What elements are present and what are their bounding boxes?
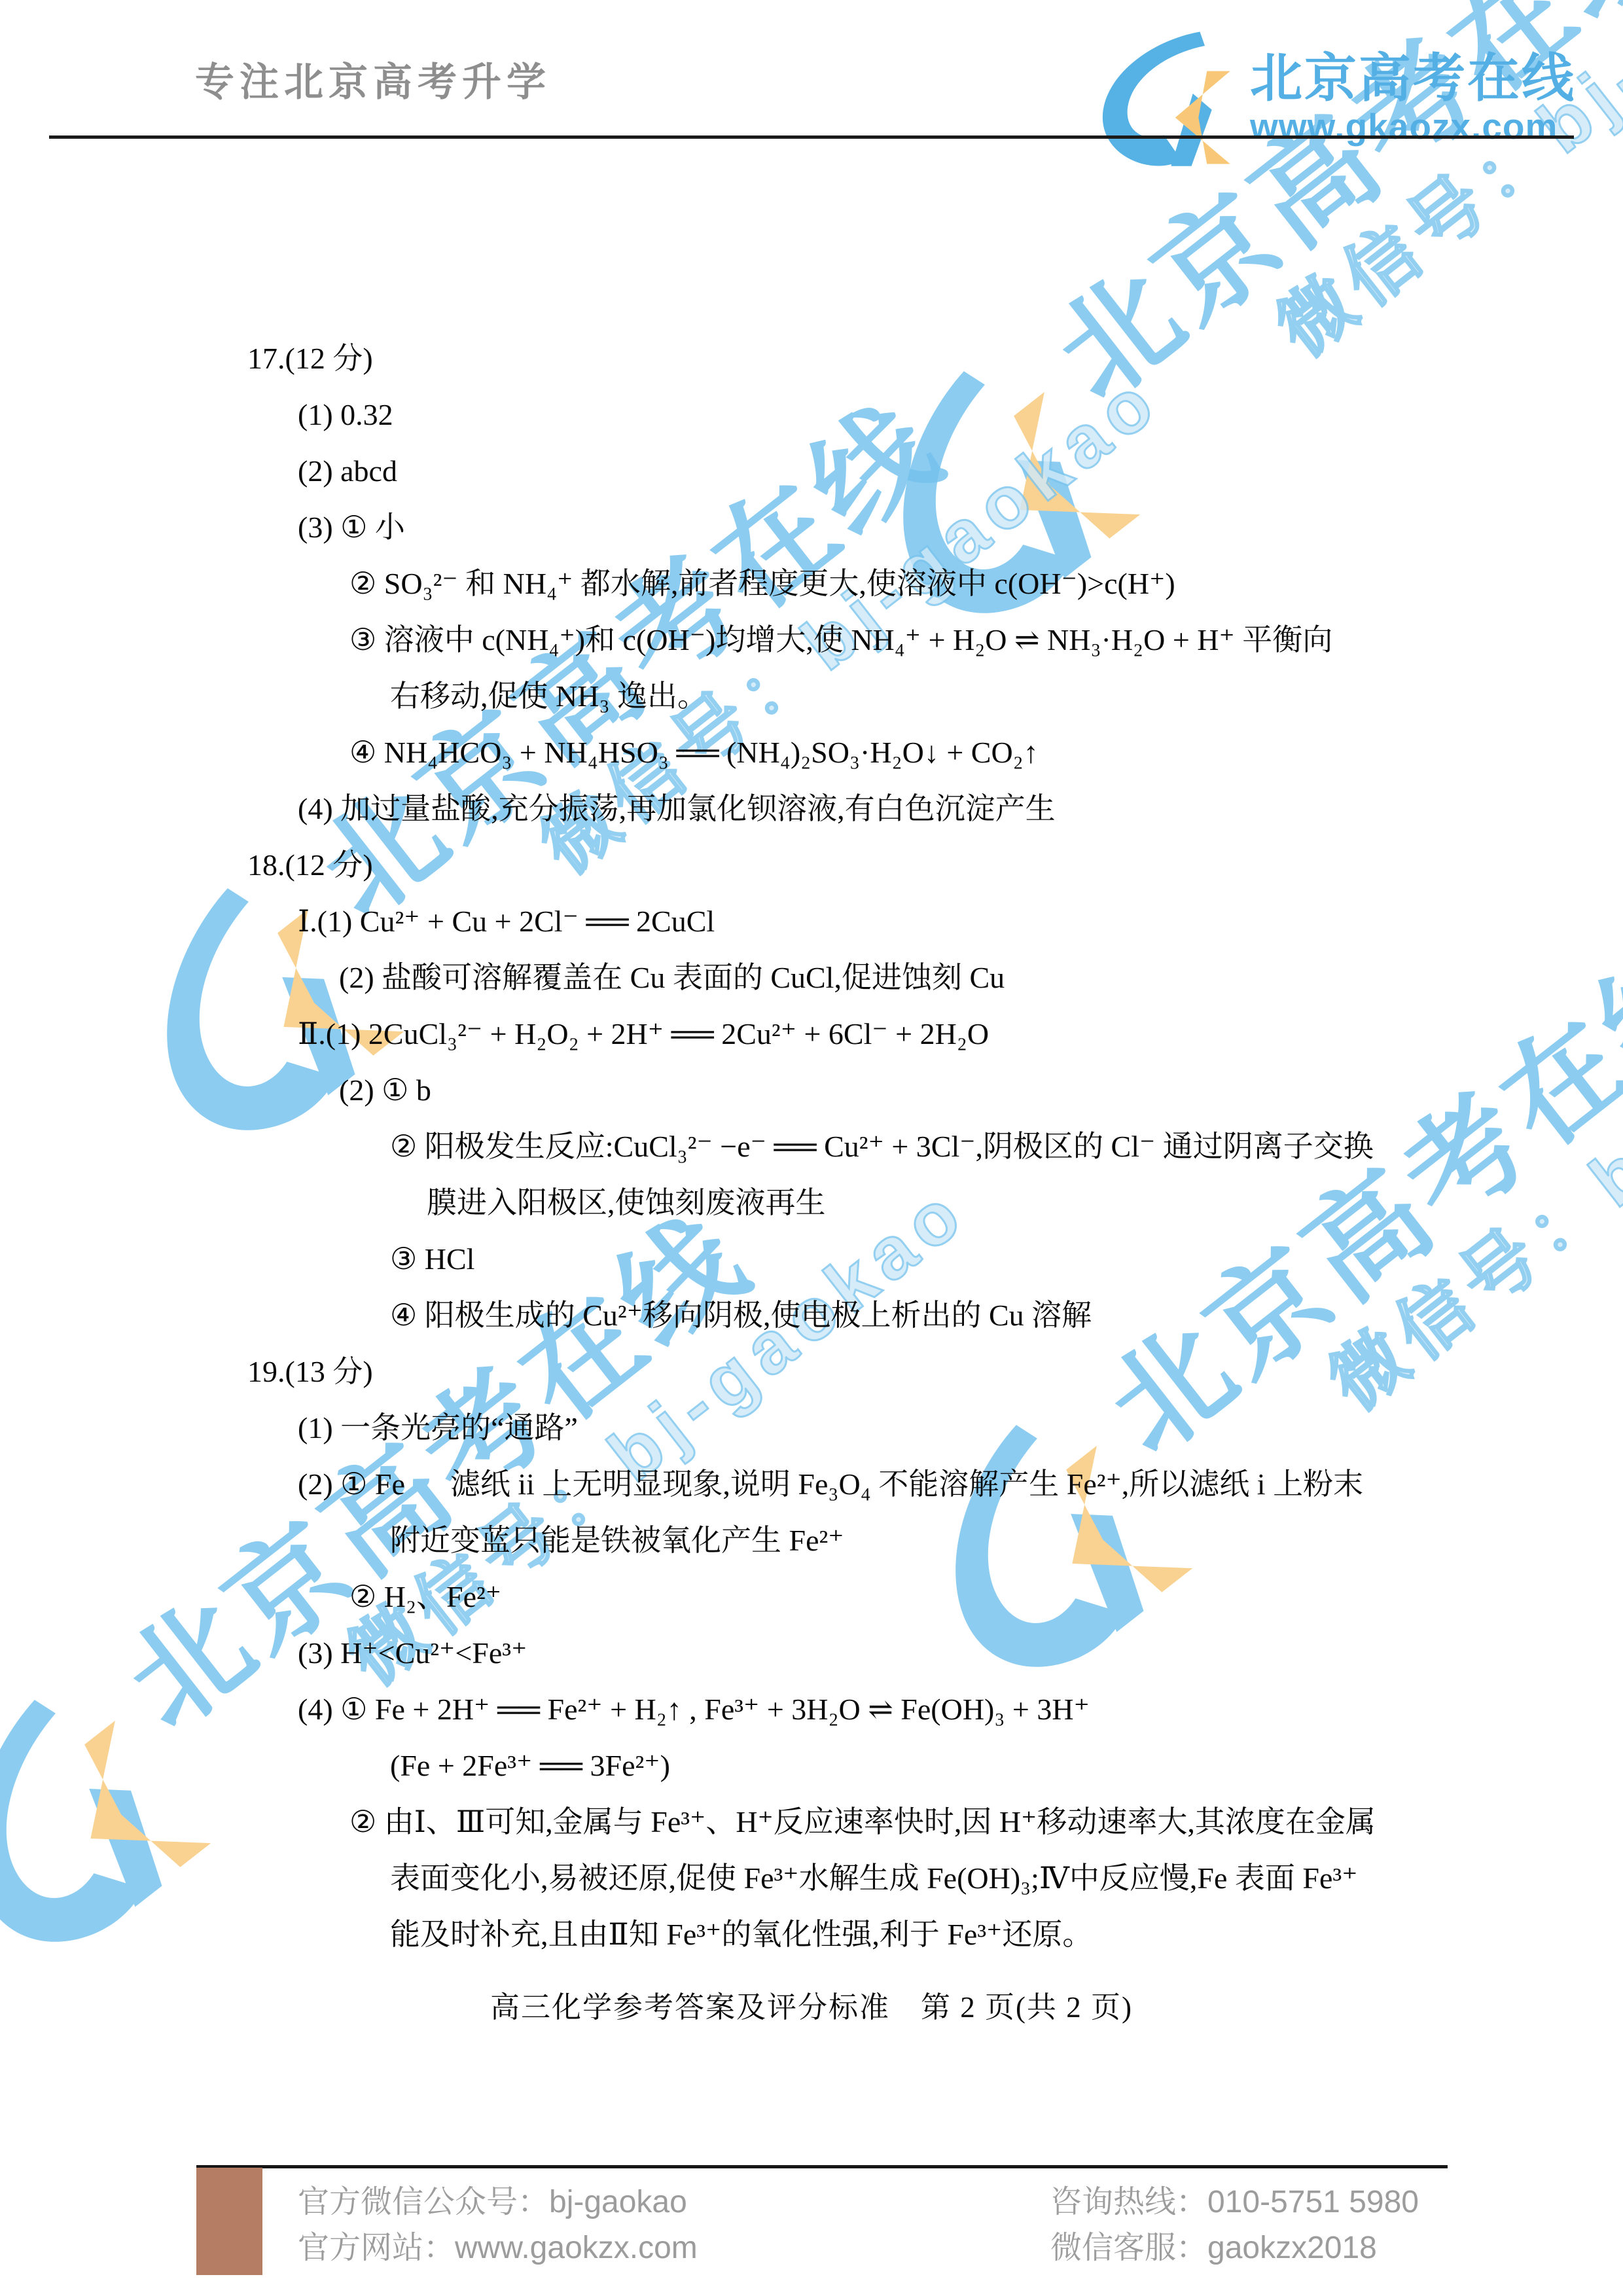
brand-logo: 北京高考在线 www.gkaozx.com <box>1092 27 1576 168</box>
answer-line: ③ HCl <box>0 1231 1623 1287</box>
answer-line: (2) 盐酸可溶解覆盖在 Cu 表面的 CuCl,促进蚀刻 Cu <box>0 950 1623 1006</box>
official-website: 官方网站：www.gaokzx.com <box>298 2225 698 2271</box>
answer-line: (3) H⁺<Cu²⁺<Fe³⁺ <box>0 1625 1623 1681</box>
answer-line: (3) ① 小 <box>0 499 1623 556</box>
accent-block <box>196 2168 262 2275</box>
answer-line: 表面变化小,易被还原,促使 Fe³⁺水解生成 Fe(OH)₃;Ⅳ中反应慢,Fe … <box>0 1850 1623 1907</box>
answer-line: 能及时补充,且由Ⅱ知 Fe³⁺的氧化性强,利于 Fe³⁺还原。 <box>0 1907 1623 1963</box>
answer-line: ② SO₃²⁻ 和 NH₄⁺ 都水解,前者程度更大,使溶液中 c(OH⁻)>c(… <box>0 556 1623 612</box>
bottom-divider <box>196 2165 1448 2168</box>
hotline: 咨询热线：010-5751 5980 <box>1050 2179 1419 2225</box>
bottom-right-contacts: 咨询热线：010-5751 5980 微信客服：gaokzx2018 <box>1050 2179 1419 2271</box>
gk-logo-icon <box>1092 27 1233 168</box>
answer-line: (4) 加过量盐酸,充分振荡,再加氯化钡溶液,有白色沉淀产生 <box>0 781 1623 837</box>
answer-line: 右移动,促使 NH₃ 逸出。 <box>0 668 1623 725</box>
answer-line: ② 阳极发生反应:CuCl₃²⁻ −e⁻ ══ Cu²⁺ + 3Cl⁻,阴极区的… <box>0 1119 1623 1175</box>
answer-line: 18.(12 分) <box>0 837 1623 893</box>
answer-line: ④ NH₄HCO₃ + NH₄HSO₃ ══ (NH₄)₂SO₃·H₂O↓ + … <box>0 725 1623 781</box>
answer-line: 17.(12 分) <box>0 331 1623 387</box>
brand-url: www.gkaozx.com <box>1250 107 1558 146</box>
answer-line: (2) abcd <box>0 443 1623 499</box>
answer-line: 19.(13 分) <box>0 1344 1623 1400</box>
answer-line: 膜进入阳极区,使蚀刻废液再生 <box>0 1175 1623 1231</box>
answer-line: 附近变蓝只能是铁被氧化产生 Fe²⁺ <box>0 1513 1623 1569</box>
header-slogan: 专注北京高考升学 <box>195 51 551 107</box>
answer-line: (4) ① Fe + 2H⁺ ══ Fe²⁺ + H₂↑ , Fe³⁺ + 3H… <box>0 1681 1623 1738</box>
answer-line: ② H₂、Fe²⁺ <box>0 1569 1623 1625</box>
answers-list: 17.(12 分)(1) 0.32(2) abcd(3) ① 小② SO₃²⁻ … <box>0 331 1623 1963</box>
brand-name: 北京高考在线 <box>1250 50 1576 107</box>
answer-line: Ⅰ.(1) Cu²⁺ + Cu + 2Cl⁻ ══ 2CuCl <box>0 893 1623 950</box>
answer-line: ④ 阳极生成的 Cu²⁺移向阴极,使电极上析出的 Cu 溶解 <box>0 1287 1623 1344</box>
wechat-official-account: 官方微信公众号：bj-gaokao <box>298 2179 698 2225</box>
footer-page-label: 高三化学参考答案及评分标准 第 2 页(共 2 页) <box>0 1983 1623 2026</box>
answer-line: (1) 0.32 <box>0 387 1623 443</box>
answer-line: (2) ① Fe 滤纸 ii 上无明显现象,说明 Fe₃O₄ 不能溶解产生 Fe… <box>0 1456 1623 1513</box>
answer-line: Ⅱ.(1) 2CuCl₃²⁻ + H₂O₂ + 2H⁺ ══ 2Cu²⁺ + 6… <box>0 1006 1623 1062</box>
answer-line: ② 由Ⅰ、Ⅲ可知,金属与 Fe³⁺、H⁺反应速率快时,因 H⁺移动速率大,其浓度… <box>0 1794 1623 1850</box>
answer-line: (Fe + 2Fe³⁺ ══ 3Fe²⁺) <box>0 1738 1623 1794</box>
document-page: 北京高考在线 微信号：bj-gaokao 北京高考在线 微信号：bj-gaoka… <box>0 0 1623 2296</box>
answer-line: (2) ① b <box>0 1062 1623 1119</box>
wechat-service: 微信客服：gaokzx2018 <box>1050 2225 1419 2271</box>
header-rule <box>49 135 1574 139</box>
answer-line: (1) 一条光亮的“通路” <box>0 1400 1623 1456</box>
answer-line: ③ 溶液中 c(NH₄⁺)和 c(OH⁻)均增大,使 NH₄⁺ + H₂O ⇌ … <box>0 612 1623 668</box>
bottom-left-contacts: 官方微信公众号：bj-gaokao 官方网站：www.gaokzx.com <box>298 2179 698 2271</box>
